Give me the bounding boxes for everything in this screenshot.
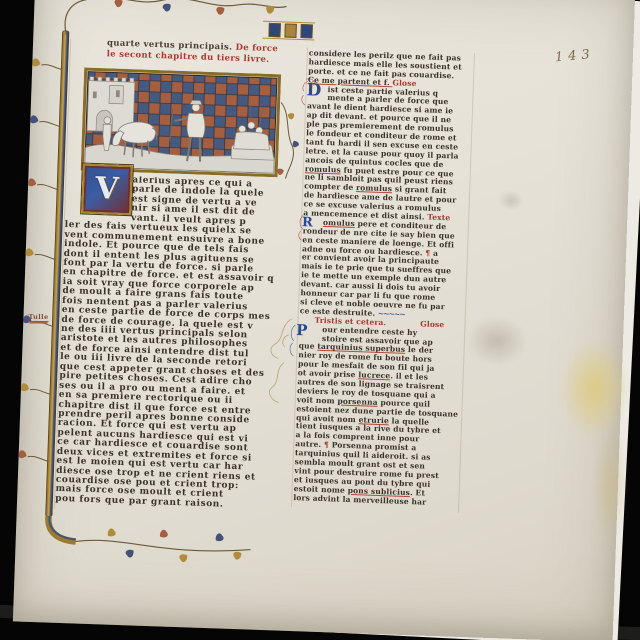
numeral-bar [300, 24, 312, 38]
miniature-illustration [81, 67, 281, 177]
photo-background: III 143 quarte vertus principais. De for… [0, 0, 640, 640]
manuscript-page: III 143 quarte vertus principais. De for… [13, 0, 635, 640]
rubric-text-red: De force [235, 43, 278, 54]
parchment-stain [558, 337, 631, 439]
numeral-bar [268, 23, 280, 37]
text-column-left: alerius apres ce qui aparle de indole la… [55, 174, 304, 518]
numeral-bar [284, 23, 296, 37]
initial-r: R [302, 216, 313, 229]
parchment-stain [498, 190, 525, 211]
chapter-rubric: quarte vertus principais. De force le se… [107, 38, 279, 65]
parchment-stain [465, 315, 529, 367]
initial-p: P [296, 323, 308, 338]
margin-note-tulle: Tulle [28, 313, 48, 322]
book-number-ornament: III [262, 21, 315, 41]
initial-d: D [306, 82, 321, 100]
folio-number: 143 [554, 47, 595, 65]
text-column-right: considere les perilz que ne fait pashard… [293, 49, 475, 513]
